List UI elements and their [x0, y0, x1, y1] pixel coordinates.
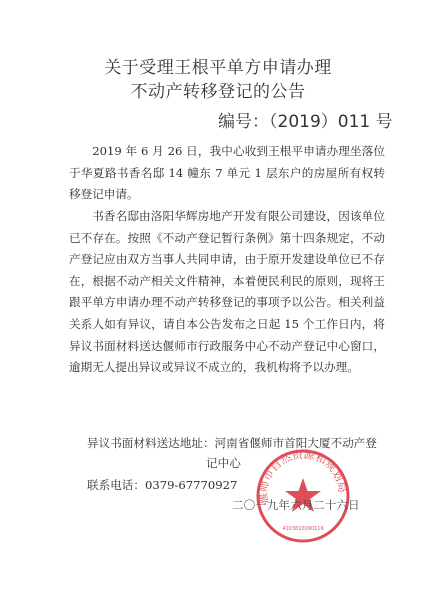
svg-text:4103810090116: 4103810090116 — [282, 526, 323, 532]
seal-star-icon: 偃师市自然资源和规划局 4103810090116 — [255, 448, 351, 544]
publish-date: 二〇一九年六月二十六日 — [232, 497, 360, 513]
document-title-line1: 关于受理王根平单方申请办理 — [0, 57, 436, 79]
paragraph-application: 2019 年 6 月 26 日，我中心收到王根平申请办理坐落位于华夏路书香名邸 … — [69, 141, 385, 206]
objection-address-cont: 记中心 — [206, 455, 241, 471]
document-title-line2: 不动产转移登记的公告 — [0, 81, 436, 103]
document-number: 编号：（2019）011 号 — [218, 107, 393, 132]
official-seal: 偃师市自然资源和规划局 4103810090116 — [255, 448, 351, 544]
paragraph-notice-body: 书香名邸由洛阳华辉房地产开发有限公司建设，因该单位已不存在。按照《不动产登记暂行… — [69, 206, 385, 379]
contact-phone: 联系电话：0379-67770927 — [87, 477, 237, 493]
